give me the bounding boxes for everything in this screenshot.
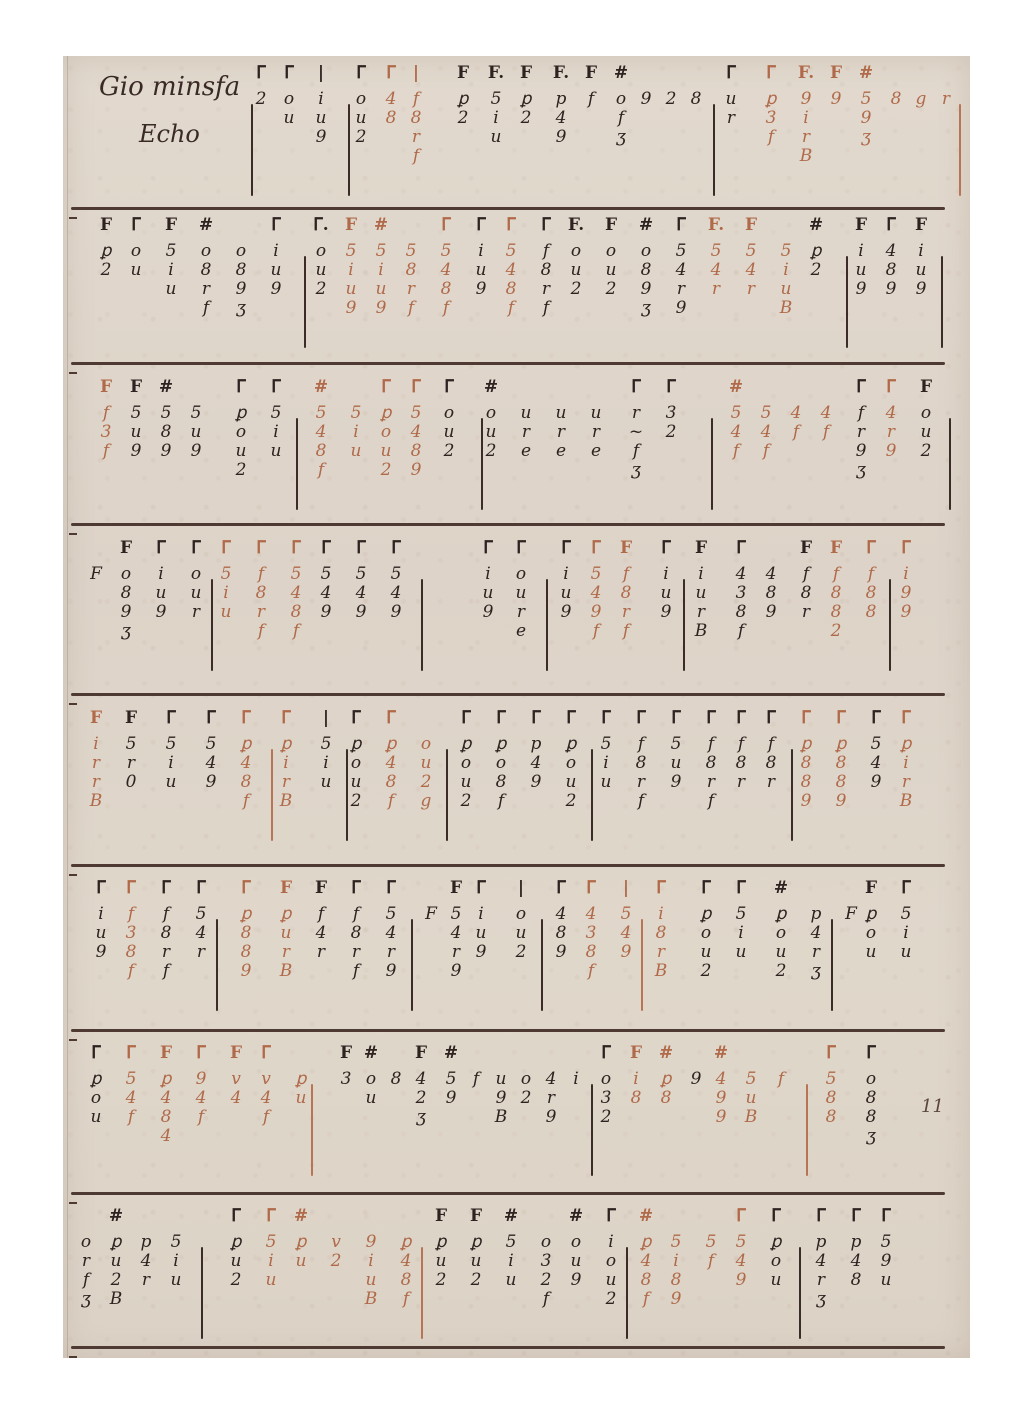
tab-figure: 8	[795, 773, 817, 792]
tab-figure: f	[405, 90, 427, 109]
tab-chord: FirrB	[85, 709, 107, 811]
tab-chord: ᒥfr9ʒ	[850, 378, 872, 480]
barline	[211, 579, 213, 671]
tab-figure: 9	[370, 299, 392, 318]
rhythm-flag-icon: ᒥ	[810, 1207, 832, 1233]
rhythm-flag-icon: #	[610, 64, 632, 90]
tab-figure: ꝑ	[452, 90, 474, 109]
tab-chord: Fiu9	[910, 216, 932, 299]
tab-figure: p	[810, 1233, 832, 1252]
tab-figure: u	[370, 280, 392, 299]
tab-chord: ᒥou	[125, 216, 147, 280]
tab-figure: f	[535, 1290, 557, 1309]
rhythm-flag-icon: ᒥ	[760, 709, 782, 735]
tab-figure: u	[278, 109, 300, 128]
tab-chord: #ou9	[565, 1207, 587, 1290]
tab-figure: o	[85, 1089, 107, 1108]
rhythm-flag-icon: F	[310, 879, 332, 905]
rhythm-flag-icon: ᒥ	[670, 216, 692, 242]
tab-figure: ꝑ	[290, 1070, 312, 1089]
tab-figure: f	[345, 905, 367, 924]
tab-figure: B	[690, 622, 712, 641]
tab-chord: ᒥou2	[350, 64, 372, 147]
tab-figure: o	[915, 404, 937, 423]
tab-figure: 8	[830, 754, 852, 773]
tab-figure: 9	[310, 128, 332, 147]
tab-chord: ᒥiu9	[90, 879, 112, 962]
system-rule	[71, 693, 945, 696]
tab-figure: ʒ	[635, 299, 657, 318]
tab-figure: 8	[860, 1089, 882, 1108]
tab-figure: u	[225, 1252, 247, 1271]
rhythm-flag-icon: ᒥ	[795, 709, 817, 735]
tab-figure: 5	[875, 1233, 897, 1252]
tab-chord: ꝑ48f	[395, 1207, 417, 1309]
rhythm-flag-icon: ᒥ	[895, 709, 917, 735]
tab-figure: 8	[550, 924, 572, 943]
tab-figure: r	[740, 280, 762, 299]
tab-figure: 3	[760, 109, 782, 128]
tab-chord: ᒥp4rʒ	[810, 1207, 832, 1309]
tab-figure: i	[215, 584, 237, 603]
tab-figure: f	[285, 622, 307, 641]
tab-figure: 4	[310, 423, 332, 442]
rhythm-flag-icon: ᒥ	[275, 709, 297, 735]
tab-chord: ᒥ5iu	[730, 879, 752, 962]
tab-figure: 3	[535, 1252, 557, 1271]
rhythm-flag-icon: ᒥ	[250, 64, 272, 90]
rhythm-flag-icon: F	[452, 64, 474, 90]
tab-figure: 2	[465, 1271, 487, 1290]
tab-figure: 5	[895, 905, 917, 924]
tab-figure: 9	[265, 280, 287, 299]
tab-figure: 9	[550, 128, 572, 147]
tab-chord: ᒥf8rf	[345, 879, 367, 981]
tab-figure: 2	[452, 109, 474, 128]
barline	[481, 418, 483, 510]
tab-figure: 8	[760, 584, 782, 603]
tab-figure: o	[765, 1252, 787, 1271]
tab-figure: ꝑ	[515, 90, 537, 109]
barline	[411, 919, 413, 1011]
tab-figure: g	[415, 792, 437, 811]
tab-figure: ꝑ	[760, 90, 782, 109]
tab-figure: f	[405, 147, 427, 166]
rhythm-flag-icon	[770, 1044, 792, 1070]
tab-figure: 5	[405, 404, 427, 423]
tab-figure: g	[910, 90, 932, 109]
barline	[421, 579, 423, 671]
tab-figure: 9	[115, 603, 137, 622]
tab-figure: 8	[400, 261, 422, 280]
tab-chord: Ff882	[825, 539, 847, 641]
rhythm-flag-icon	[420, 879, 442, 905]
margin-line	[67, 56, 68, 1358]
rhythm-flag-icon: #	[635, 1207, 657, 1233]
tab-figure: 5	[370, 242, 392, 261]
tab-figure: 5	[665, 1233, 687, 1252]
rhythm-flag-icon	[85, 539, 107, 565]
tab-figure: 4	[540, 1070, 562, 1089]
tab-chord: 5iuB	[775, 216, 797, 318]
rhythm-flag-icon: F	[915, 378, 937, 404]
tab-figure: f	[825, 565, 847, 584]
tab-figure: r	[760, 773, 782, 792]
tab-figure: r	[155, 943, 177, 962]
rhythm-flag-icon: ᒥ	[405, 378, 427, 404]
tab-figure: o	[438, 404, 460, 423]
tab-chord: ᒥꝑu2	[225, 1207, 247, 1290]
tab-figure: 4	[725, 423, 747, 442]
tab-figure: 9	[655, 603, 677, 622]
tab-figure: 4	[525, 754, 547, 773]
tab-figure: u	[740, 1089, 762, 1108]
tab-figure: 3	[660, 404, 682, 423]
rhythm-flag-icon	[345, 378, 367, 404]
rhythm-flag-icon: ᒥ	[380, 709, 402, 735]
tab-figure: o	[610, 90, 632, 109]
rhythm-flag-icon: F	[600, 216, 622, 242]
tab-figure: f	[75, 1271, 97, 1290]
tab-figure: 2	[560, 792, 582, 811]
system-rule	[71, 1346, 945, 1349]
barline	[626, 1247, 628, 1339]
tab-figure: 4	[410, 1070, 432, 1089]
tab-figure: u	[85, 1108, 107, 1127]
tab-figure: f	[190, 1108, 212, 1127]
tab-chord: ᒥ54f	[120, 1044, 142, 1127]
tab-figure: u	[915, 423, 937, 442]
tab-figure: 4	[120, 1089, 142, 1108]
rhythm-flag-icon: #	[310, 378, 332, 404]
tab-chord: ᒥf8rf	[535, 216, 557, 318]
tab-figure: e	[510, 622, 532, 641]
tab-figure: f	[120, 1108, 142, 1127]
tab-figure: 5	[440, 1070, 462, 1089]
tab-chord: F.5iu	[485, 64, 507, 147]
tab-figure: u	[695, 943, 717, 962]
tab-figure: p	[845, 1233, 867, 1252]
margin-tick	[69, 1356, 77, 1358]
tab-chord: F5iu	[160, 216, 182, 299]
barline	[304, 256, 306, 348]
rhythm-flag-icon: ᒥ	[875, 1207, 897, 1233]
rhythm-flag-icon	[165, 1207, 187, 1233]
tab-figure: f	[155, 962, 177, 981]
rhythm-flag-icon: F	[625, 1044, 647, 1070]
rhythm-flag-icon: F	[95, 216, 117, 242]
tab-figure: u	[260, 1271, 282, 1290]
tab-figure: 5	[350, 565, 372, 584]
rhythm-flag-icon: #	[500, 1207, 522, 1233]
tab-figure: 9	[230, 280, 252, 299]
tab-figure: 5	[260, 1233, 282, 1252]
rhythm-flag-icon	[395, 1207, 417, 1233]
rhythm-flag-icon: ᒥ	[500, 216, 522, 242]
barline	[683, 579, 685, 671]
tab-chord: #o89ʒ	[635, 216, 657, 318]
tab-figure: ꝑ	[275, 735, 297, 754]
tab-figure: r	[185, 603, 207, 622]
tab-figure: 5	[705, 242, 727, 261]
rhythm-flag-icon: F	[445, 879, 467, 905]
tab-chord: #5iu9	[370, 216, 392, 318]
tab-chord: |549	[615, 879, 637, 962]
rhythm-flag-icon	[325, 1207, 347, 1233]
tab-figure: u	[895, 943, 917, 962]
tab-chord: #ꝑ8	[655, 1044, 677, 1108]
rhythm-flag-icon: F	[430, 1207, 452, 1233]
tab-chord: ᒥi99	[895, 539, 917, 622]
rhythm-flag-icon: ᒥ	[278, 64, 300, 90]
tab-figure: o	[635, 242, 657, 261]
rhythm-flag-icon: |	[615, 879, 637, 905]
tab-figure: 9	[540, 1108, 562, 1127]
tab-figure: 3	[730, 584, 752, 603]
tab-figure: u	[310, 261, 332, 280]
tab-chord: #59ʒ	[855, 64, 877, 147]
tab-chord: ᒥꝑ889	[830, 709, 852, 811]
tab-figure: 5	[820, 1070, 842, 1089]
tab-figure: ꝑ	[895, 735, 917, 754]
tab-chord: o32f	[535, 1207, 557, 1309]
tab-figure: ʒ	[850, 461, 872, 480]
tab-chord: ᒥf8rf	[250, 539, 272, 641]
tab-figure: f	[580, 90, 602, 109]
tab-figure: ꝑ	[375, 404, 397, 423]
tab-figure: i	[795, 109, 817, 128]
tab-chord: Fou2	[600, 216, 622, 299]
tab-figure: o	[595, 1070, 617, 1089]
tab-figure: F	[85, 565, 107, 584]
tab-figure: 4	[225, 1089, 247, 1108]
barline	[251, 104, 253, 196]
tab-figure: u	[430, 1252, 452, 1271]
rhythm-flag-icon: F	[465, 1207, 487, 1233]
tab-figure: r	[690, 603, 712, 622]
tab-figure: 5	[165, 1233, 187, 1252]
barline	[421, 1247, 423, 1339]
tab-figure: 8	[250, 584, 272, 603]
tab-figure: u	[125, 261, 147, 280]
tab-figure: e	[550, 442, 572, 461]
tab-figure: r	[850, 423, 872, 442]
tab-chord: Ff3f	[95, 378, 117, 461]
tab-chord: ꝑu	[290, 1044, 312, 1108]
tab-figure: B	[895, 792, 917, 811]
tab-figure: i	[470, 905, 492, 924]
tab-chord: ᒥꝑou2	[560, 709, 582, 811]
tab-chord: ᒥiu9	[470, 879, 492, 962]
tab-figure: 9	[875, 1252, 897, 1271]
rhythm-flag-icon	[585, 378, 607, 404]
barline	[846, 256, 848, 348]
tab-figure: ꝑ	[95, 242, 117, 261]
tab-figure: 5	[285, 565, 307, 584]
rhythm-flag-icon: ᒥ	[820, 1044, 842, 1070]
tab-figure: i	[470, 242, 492, 261]
rhythm-flag-icon: ᒥ	[535, 216, 557, 242]
tab-chord: F.p49	[550, 64, 572, 147]
tab-figure: 8	[860, 584, 882, 603]
tab-chord: #548f	[310, 378, 332, 480]
tab-figure: u	[565, 1252, 587, 1271]
tab-figure: 4	[585, 584, 607, 603]
tab-figure: f	[310, 461, 332, 480]
tab-chord: ᒥ548f	[500, 216, 522, 318]
rhythm-flag-icon	[755, 378, 777, 404]
tab-figure: 8	[155, 1108, 177, 1127]
tab-chord: 4f	[785, 378, 807, 442]
tab-figure: r	[85, 773, 107, 792]
rhythm-flag-icon: F	[95, 378, 117, 404]
tab-figure: i	[340, 261, 362, 280]
tab-figure: 9	[525, 773, 547, 792]
rhythm-flag-icon: #	[805, 216, 827, 242]
tab-chord: 58rf	[400, 216, 422, 318]
rhythm-flag-icon: ᒥ	[470, 879, 492, 905]
tab-figure: B	[490, 1108, 512, 1127]
rhythm-flag-icon: #	[725, 378, 747, 404]
tab-figure: 9	[350, 603, 372, 622]
tab-figure: u	[510, 584, 532, 603]
tab-figure: 2	[805, 261, 827, 280]
tab-figure: f	[95, 442, 117, 461]
rhythm-flag-icon: ᒥ	[380, 64, 402, 90]
tab-figure: 5	[160, 735, 182, 754]
tab-figure: o	[75, 1233, 97, 1252]
tab-figure: 5	[385, 565, 407, 584]
tab-figure: u	[910, 261, 932, 280]
tab-figure: 8	[880, 261, 902, 280]
tab-figure: 2	[515, 109, 537, 128]
margin-tick	[69, 533, 77, 535]
tab-figure: 9	[380, 962, 402, 981]
tab-chord: u9B	[490, 1044, 512, 1127]
tab-figure: 4	[310, 924, 332, 943]
tab-chord: Fꝑu2	[430, 1207, 452, 1290]
tab-figure: ꝑ	[560, 735, 582, 754]
tab-figure: f	[615, 565, 637, 584]
tab-figure: 5	[730, 905, 752, 924]
tab-figure: ʒ	[860, 1127, 882, 1146]
tab-chord: Ff	[580, 64, 602, 109]
rhythm-flag-icon: ᒥ	[730, 879, 752, 905]
tab-chord: f	[465, 1044, 487, 1089]
barline	[296, 418, 298, 510]
tab-figure: 4	[730, 1252, 752, 1271]
tab-figure: ꝑ	[765, 1233, 787, 1252]
tab-chord: #ꝑu	[290, 1207, 312, 1271]
tab-chord: #589	[155, 378, 177, 461]
tab-figure: 8	[500, 280, 522, 299]
margin-tick	[69, 1039, 77, 1041]
tab-figure: 8	[795, 584, 817, 603]
tab-chord: Fꝑu2	[465, 1207, 487, 1290]
tab-figure: 5	[120, 1070, 142, 1089]
tab-chord: 54f	[755, 378, 777, 461]
tab-figure: u	[275, 924, 297, 943]
tab-figure: 8	[665, 1271, 687, 1290]
tab-figure: u	[775, 280, 797, 299]
tab-figure: 9	[565, 1271, 587, 1290]
tab-figure: ꝑ	[465, 1233, 487, 1252]
tab-chord: ᒥ59u	[875, 1207, 897, 1290]
tab-figure: f	[630, 735, 652, 754]
tab-chord: F5u9	[125, 378, 147, 461]
tab-chord: p4rʒ	[805, 879, 827, 981]
rhythm-flag-icon: F	[825, 64, 847, 90]
tab-figure: ꝑ	[235, 735, 257, 754]
tab-figure: 9	[795, 792, 817, 811]
tab-figure: ꝑ	[395, 1233, 417, 1252]
tab-chord: ᒥur	[720, 64, 742, 128]
tab-figure: f	[725, 442, 747, 461]
tab-figure: f	[615, 622, 637, 641]
tab-chord: ᒥꝑou2	[345, 709, 367, 811]
rhythm-flag-icon: ᒥ	[860, 1044, 882, 1070]
tab-figure: ꝑ	[655, 1070, 677, 1089]
tab-chord: Ff8r	[795, 539, 817, 622]
tab-figure: i	[625, 1070, 647, 1089]
rhythm-flag-icon	[490, 1044, 512, 1070]
tab-figure: p	[525, 735, 547, 754]
tab-figure: 4	[760, 565, 782, 584]
tab-figure: 8	[490, 773, 512, 792]
tab-figure: u	[375, 442, 397, 461]
tab-figure: i	[910, 242, 932, 261]
tab-figure: o	[360, 1070, 382, 1089]
rhythm-flag-icon: ᒥ	[125, 216, 147, 242]
rhythm-flag-icon	[660, 64, 682, 90]
tab-chord: F5iu9	[340, 216, 362, 318]
rhythm-flag-icon: ᒥ	[490, 709, 512, 735]
tab-figure: r	[895, 773, 917, 792]
tab-figure: 8	[760, 754, 782, 773]
tab-figure: 4	[730, 565, 752, 584]
tab-figure: ʒ	[115, 622, 137, 641]
tab-figure: r	[720, 109, 742, 128]
tab-figure: 2	[915, 442, 937, 461]
tab-chord: ᒥiu9	[655, 539, 677, 622]
tab-figure: 2	[325, 1252, 347, 1271]
rhythm-flag-icon: ᒥ	[695, 879, 717, 905]
rhythm-flag-icon	[290, 1044, 312, 1070]
rhythm-flag-icon	[515, 378, 537, 404]
tab-figure: o	[565, 1233, 587, 1252]
tab-figure: 8	[615, 584, 637, 603]
tab-figure: i	[595, 754, 617, 773]
rhythm-flag-icon: F	[580, 64, 602, 90]
tab-figure: i	[265, 423, 287, 442]
tab-figure: i	[160, 754, 182, 773]
rhythm-flag-icon: ᒥ	[250, 539, 272, 565]
tab-figure: 9	[190, 1070, 212, 1089]
tab-figure: 9	[635, 280, 657, 299]
tab-figure: 8	[860, 603, 882, 622]
tab-figure: r	[630, 773, 652, 792]
tab-figure: 4	[810, 1252, 832, 1271]
tab-figure: 4	[235, 754, 257, 773]
tab-figure: u	[730, 943, 752, 962]
tab-figure: f	[625, 442, 647, 461]
tab-figure: 9	[865, 773, 887, 792]
tab-figure: e	[585, 442, 607, 461]
tab-figure: r	[705, 280, 727, 299]
tab-figure: u	[690, 584, 712, 603]
rhythm-flag-icon: #	[480, 378, 502, 404]
tab-figure: 9	[710, 1089, 732, 1108]
